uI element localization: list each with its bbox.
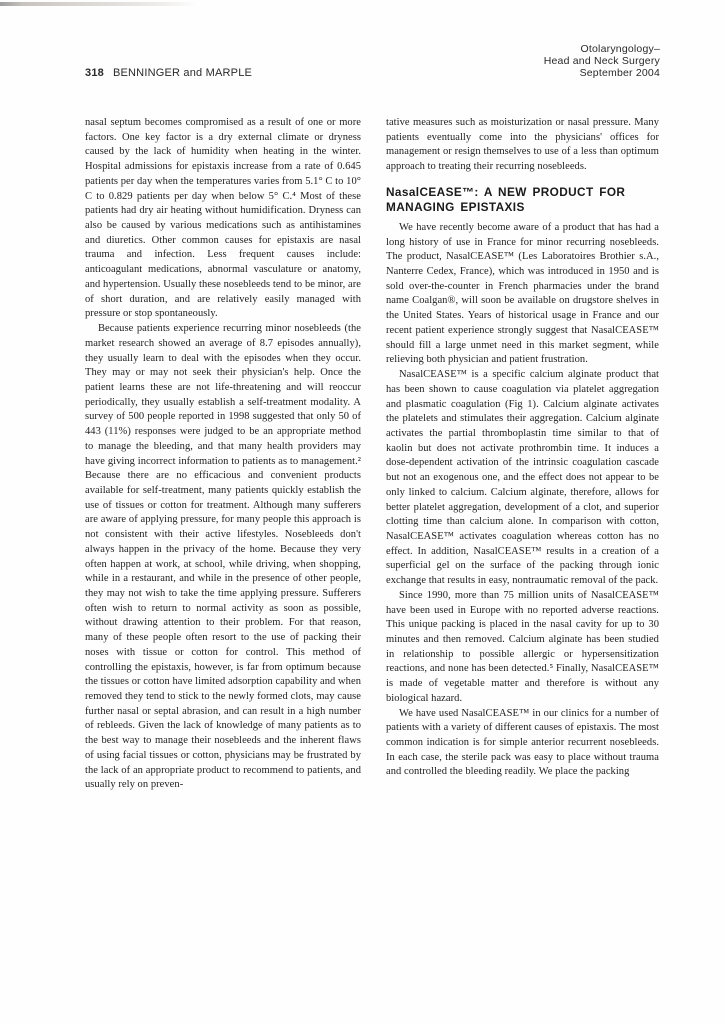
section-heading: NasalCEASE™: A NEW PRODUCT FOR MANAGING … [386, 185, 659, 215]
body-paragraph: Because patients experience recurring mi… [85, 322, 361, 793]
body-paragraph: We have recently become aware of a produ… [386, 221, 659, 368]
right-column: tative measures such as moisturization o… [386, 116, 659, 780]
body-paragraph: We have used NasalCEASE™ in our clinics … [386, 707, 659, 781]
running-head: 318BENNINGER and MARPLE [85, 67, 252, 79]
scan-edge-artifact [0, 2, 196, 6]
body-paragraph: Since 1990, more than 75 million units o… [386, 589, 659, 707]
body-paragraph: nasal septum becomes compromised as a re… [85, 116, 361, 322]
running-head-authors: BENNINGER and MARPLE [113, 67, 252, 79]
page-number: 318 [85, 67, 104, 79]
journal-masthead: Otolaryngology– Head and Neck Surgery Se… [544, 44, 660, 79]
section-heading-line-1: NasalCEASE™: A NEW PRODUCT FOR [386, 185, 659, 200]
left-column: nasal septum becomes compromised as a re… [85, 116, 361, 793]
body-paragraph: NasalCEASE™ is a specific calcium algina… [386, 368, 659, 589]
journal-issue-date: September 2004 [544, 68, 660, 80]
journal-title-line-2: Head and Neck Surgery [544, 56, 660, 68]
section-heading-line-2: MANAGING EPISTAXIS [386, 200, 659, 215]
body-paragraph: tative measures such as moisturization o… [386, 116, 659, 175]
journal-page: 318BENNINGER and MARPLE Otolaryngology– … [0, 0, 724, 1024]
